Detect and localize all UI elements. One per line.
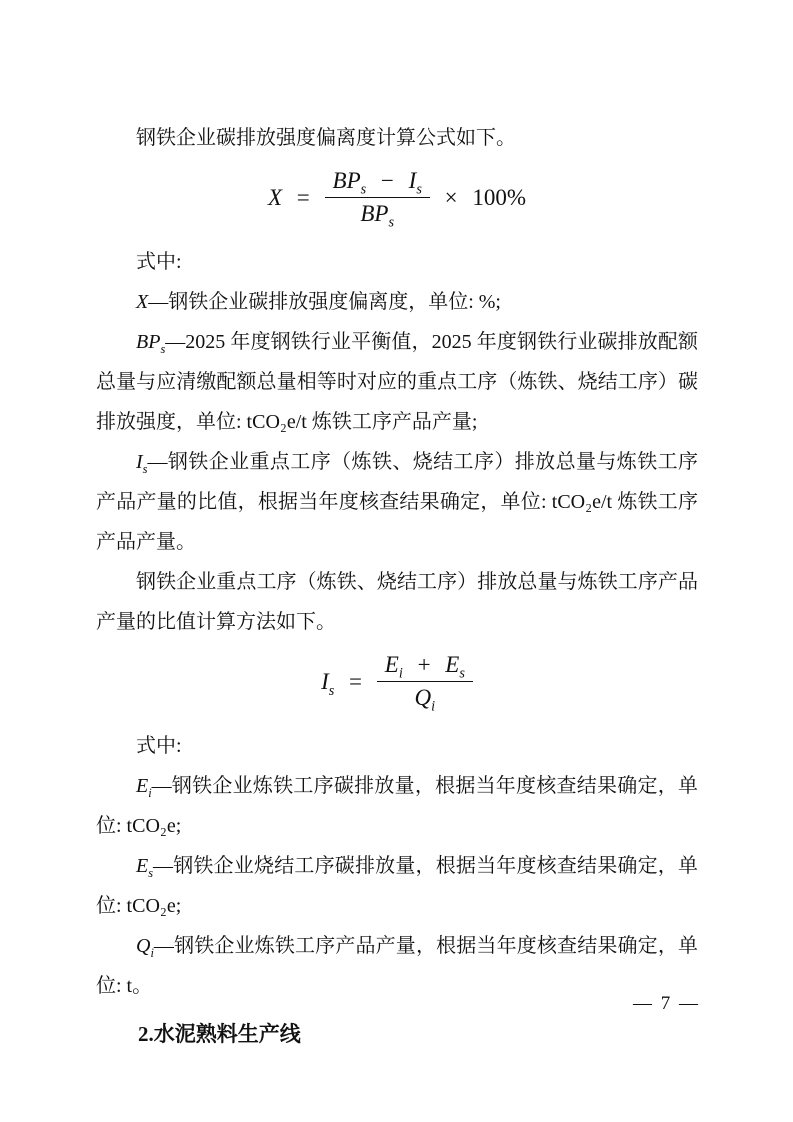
var-bp-sub: s	[388, 215, 394, 231]
page-number: — 7 —	[633, 993, 700, 1015]
definition-text: 2025 年度钢铁行业平衡值，2025 年度钢铁行业碳排放配额总量与应清缴配额总…	[96, 331, 698, 433]
dash: —	[153, 855, 173, 877]
term-definition-qi: Qi—钢铁企业炼铁工序产品产量，根据当年度核查结果确定，单位: t。	[96, 926, 698, 1006]
term-definition-es: Es—钢铁企业烧结工序碳排放量，根据当年度核查结果确定，单位: tCO₂e;	[96, 846, 698, 926]
var-bp: BP	[333, 168, 361, 193]
fraction-numerator: Ei + Es	[377, 652, 473, 682]
document-page: 钢铁企业碳排放强度偏离度计算公式如下。 X = BPs − Is BPs × 1…	[0, 0, 793, 1122]
term-definition-x: X—钢铁企业碳排放强度偏离度，单位: %;	[96, 282, 698, 322]
var-e: E	[385, 652, 399, 677]
var-e: E	[445, 652, 459, 677]
var-bp: BP	[136, 331, 160, 353]
dash: —	[165, 331, 185, 353]
var-bp: BP	[360, 201, 388, 226]
plus-sign: +	[418, 652, 431, 678]
term-definition-is: Is—钢铁企业重点工序（炼铁、烧结工序）排放总量与炼铁工序产品产量的比值，根据当…	[96, 442, 698, 562]
fraction-numerator: BPs − Is	[325, 168, 430, 198]
var-e-sub: i	[399, 665, 403, 681]
section-heading-cement: 2.水泥熟料生产线	[96, 1014, 698, 1054]
percent-value: 100%	[472, 185, 526, 210]
formula-deviation: X = BPs − Is BPs × 100%	[96, 170, 698, 230]
formula-where-label: 式中:	[96, 726, 698, 766]
formula-ratio: Is = Ei + Es Qi	[96, 654, 698, 714]
var-i-sub: s	[416, 182, 422, 198]
var-q: Q	[136, 935, 150, 957]
fraction: BPs − Is BPs	[325, 168, 430, 228]
var-bp-sub: s	[361, 182, 367, 198]
equals-sign: =	[297, 185, 310, 211]
definition-text: 钢铁企业炼铁工序产品产量，根据当年度核查结果确定，单位: t。	[96, 935, 698, 997]
intro-paragraph-deviation: 钢铁企业碳排放强度偏离度计算公式如下。	[96, 118, 698, 158]
fraction-denominator: Qi	[377, 682, 473, 711]
var-x: X	[136, 291, 148, 313]
minus-sign: −	[381, 168, 394, 194]
fraction: Ei + Es Qi	[377, 652, 473, 712]
var-q-sub: i	[431, 699, 435, 715]
term-definition-bps: BPs—2025 年度钢铁行业平衡值，2025 年度钢铁行业碳排放配额总量与应清…	[96, 322, 698, 442]
formula-lhs-x: X	[268, 185, 282, 210]
var-q: Q	[415, 685, 432, 710]
equals-sign: =	[349, 669, 362, 695]
term-definition-ei: Ei—钢铁企业炼铁工序碳排放量，根据当年度核查结果确定，单位: tCO₂e;	[96, 766, 698, 846]
document-content: 钢铁企业碳排放强度偏离度计算公式如下。 X = BPs − Is BPs × 1…	[0, 0, 793, 1054]
dash: —	[152, 775, 172, 797]
formula-lhs-i: I	[321, 669, 329, 694]
dash: —	[148, 291, 168, 313]
definition-text: 钢铁企业炼铁工序碳排放量，根据当年度核查结果确定，单位: tCO₂e;	[96, 775, 698, 837]
dash: —	[148, 451, 168, 473]
var-e: E	[136, 775, 148, 797]
var-e-sub: s	[459, 665, 465, 681]
dash: —	[154, 935, 174, 957]
formula-lhs-i-sub: s	[329, 683, 335, 699]
var-i: I	[136, 451, 143, 473]
formula-where-label: 式中:	[96, 242, 698, 282]
times-sign: ×	[445, 185, 458, 211]
definition-text: 钢铁企业重点工序（炼铁、烧结工序）排放总量与炼铁工序产品产量的比值，根据当年度核…	[96, 451, 698, 553]
definition-text: 钢铁企业碳排放强度偏离度，单位: %;	[168, 291, 501, 313]
fraction-denominator: BPs	[325, 198, 430, 227]
intro-paragraph-ratio: 钢铁企业重点工序（炼铁、烧结工序）排放总量与炼铁工序产品产量的比值计算方法如下。	[96, 562, 698, 642]
var-e: E	[136, 855, 148, 877]
definition-text: 钢铁企业烧结工序碳排放量，根据当年度核查结果确定，单位: tCO₂e;	[96, 855, 698, 917]
